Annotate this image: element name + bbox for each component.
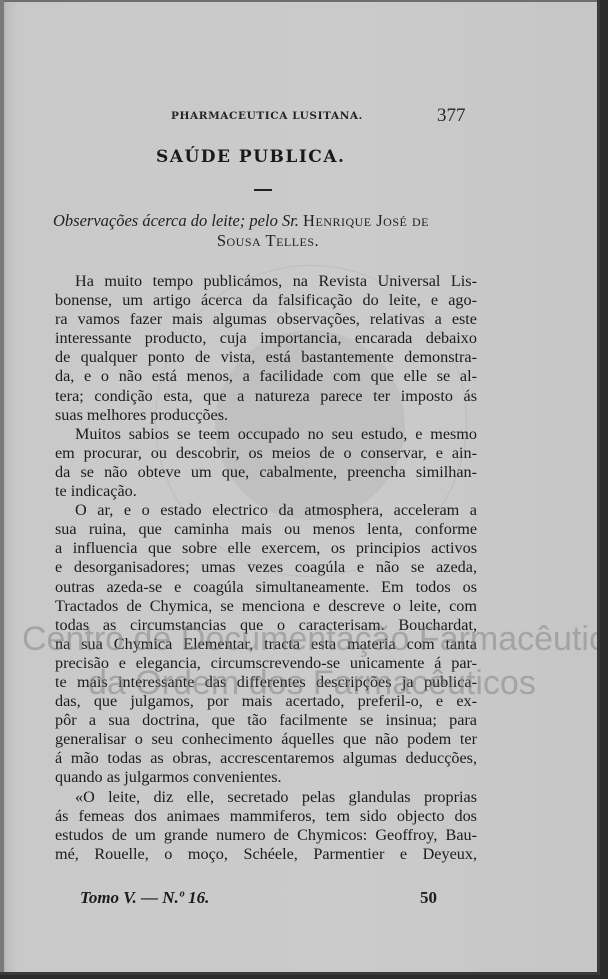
body-line: ra vamos fazer mais algumas observações,… — [55, 310, 477, 329]
body-line: mé, Rouelle, o moço, Schéele, Parmentier… — [55, 845, 477, 864]
body-line: outras azeda-se e coagúla simultaneament… — [55, 578, 477, 597]
body-line: te mais interessante das differentes des… — [55, 673, 477, 692]
body-line: e desorganisadores; umas vezes coagúla e… — [55, 558, 477, 577]
body-line: a influencia que sobre elle exercem, os … — [55, 539, 477, 558]
article-body: Ha muito tempo publicámos, na Revista Un… — [55, 272, 477, 864]
body-line: te indicação. — [55, 482, 477, 501]
page-top-edge — [0, 0, 597, 2]
section-title: SAÚDE PUBLICA. — [156, 147, 345, 167]
body-line: tera; condição esta, que a natureza pare… — [55, 387, 477, 406]
body-line: estudos de um grande numero de Chymicos:… — [55, 826, 477, 845]
signature-mark: Tomo V. — N.º 16. — [80, 888, 209, 907]
body-line: Muitos sabios se teem occupado no seu es… — [55, 425, 477, 444]
body-line: generalisar o seu conhecimento áquelles … — [55, 730, 477, 749]
body-line: interessante producto, cuja importancia,… — [55, 329, 477, 348]
page-footer: Tomo V. — N.º 16. 50 — [80, 888, 480, 908]
author-line-2: Sousa Telles. — [217, 231, 319, 250]
body-line: da se não obteve um que, cabalmente, pre… — [55, 463, 477, 482]
body-line: bonense, um artigo ácerca da falsificaçã… — [55, 291, 477, 310]
body-line: na sua Chymica Elementar, tracta esta ma… — [55, 635, 477, 654]
author-line-1: Henrique José de — [303, 211, 429, 230]
body-line: sua ruina, que caminha mais ou menos len… — [55, 520, 477, 539]
body-line: em procurar, ou descobrir, os meios de o… — [55, 444, 477, 463]
body-line: Ha muito tempo publicámos, na Revista Un… — [55, 272, 477, 291]
body-line: á mão todas as obras, accrescentaremos a… — [55, 749, 477, 768]
body-line: «O leite, diz elle, secretado pelas glan… — [55, 788, 477, 807]
body-line: ás femeas dos animaes mammiferos, tem si… — [55, 807, 477, 826]
article-title: Observações ácerca do leite; — [53, 211, 245, 230]
body-line: quando as julgarmos convenientes. — [55, 768, 477, 787]
body-line: de qualquer ponto de vista, está bastant… — [55, 348, 477, 367]
article-heading: Observações ácerca do leite; pelo Sr. He… — [53, 211, 473, 251]
body-line: suas melhores producções. — [55, 406, 477, 425]
signature-number: 50 — [420, 888, 437, 908]
page-number: 377 — [437, 105, 466, 127]
title-rule — [254, 189, 272, 191]
body-line: todas as circumstancias que o caracteris… — [55, 616, 477, 635]
body-line: pôr a sua doctrina, que tão facilmente s… — [55, 711, 477, 730]
running-head: PHARMACEUTICA LUSITANA. — [171, 110, 363, 122]
body-line: das, que julgamos, por mais acertado, pr… — [55, 692, 477, 711]
scanned-page: PHARMACEUTICA LUSITANA. 377 SAÚDE PUBLIC… — [0, 0, 600, 975]
body-line: Tractados de Chymica, se menciona e desc… — [55, 597, 477, 616]
body-line: da, e o não está menos, a facilidade com… — [55, 367, 477, 386]
byline-prefix: pelo Sr. — [249, 211, 299, 230]
body-line: precisão e elegancia, circumscrevendo-se… — [55, 654, 477, 673]
page-binding-edge — [0, 0, 4, 972]
body-line: O ar, e o estado electrico da atmosphera… — [55, 501, 477, 520]
